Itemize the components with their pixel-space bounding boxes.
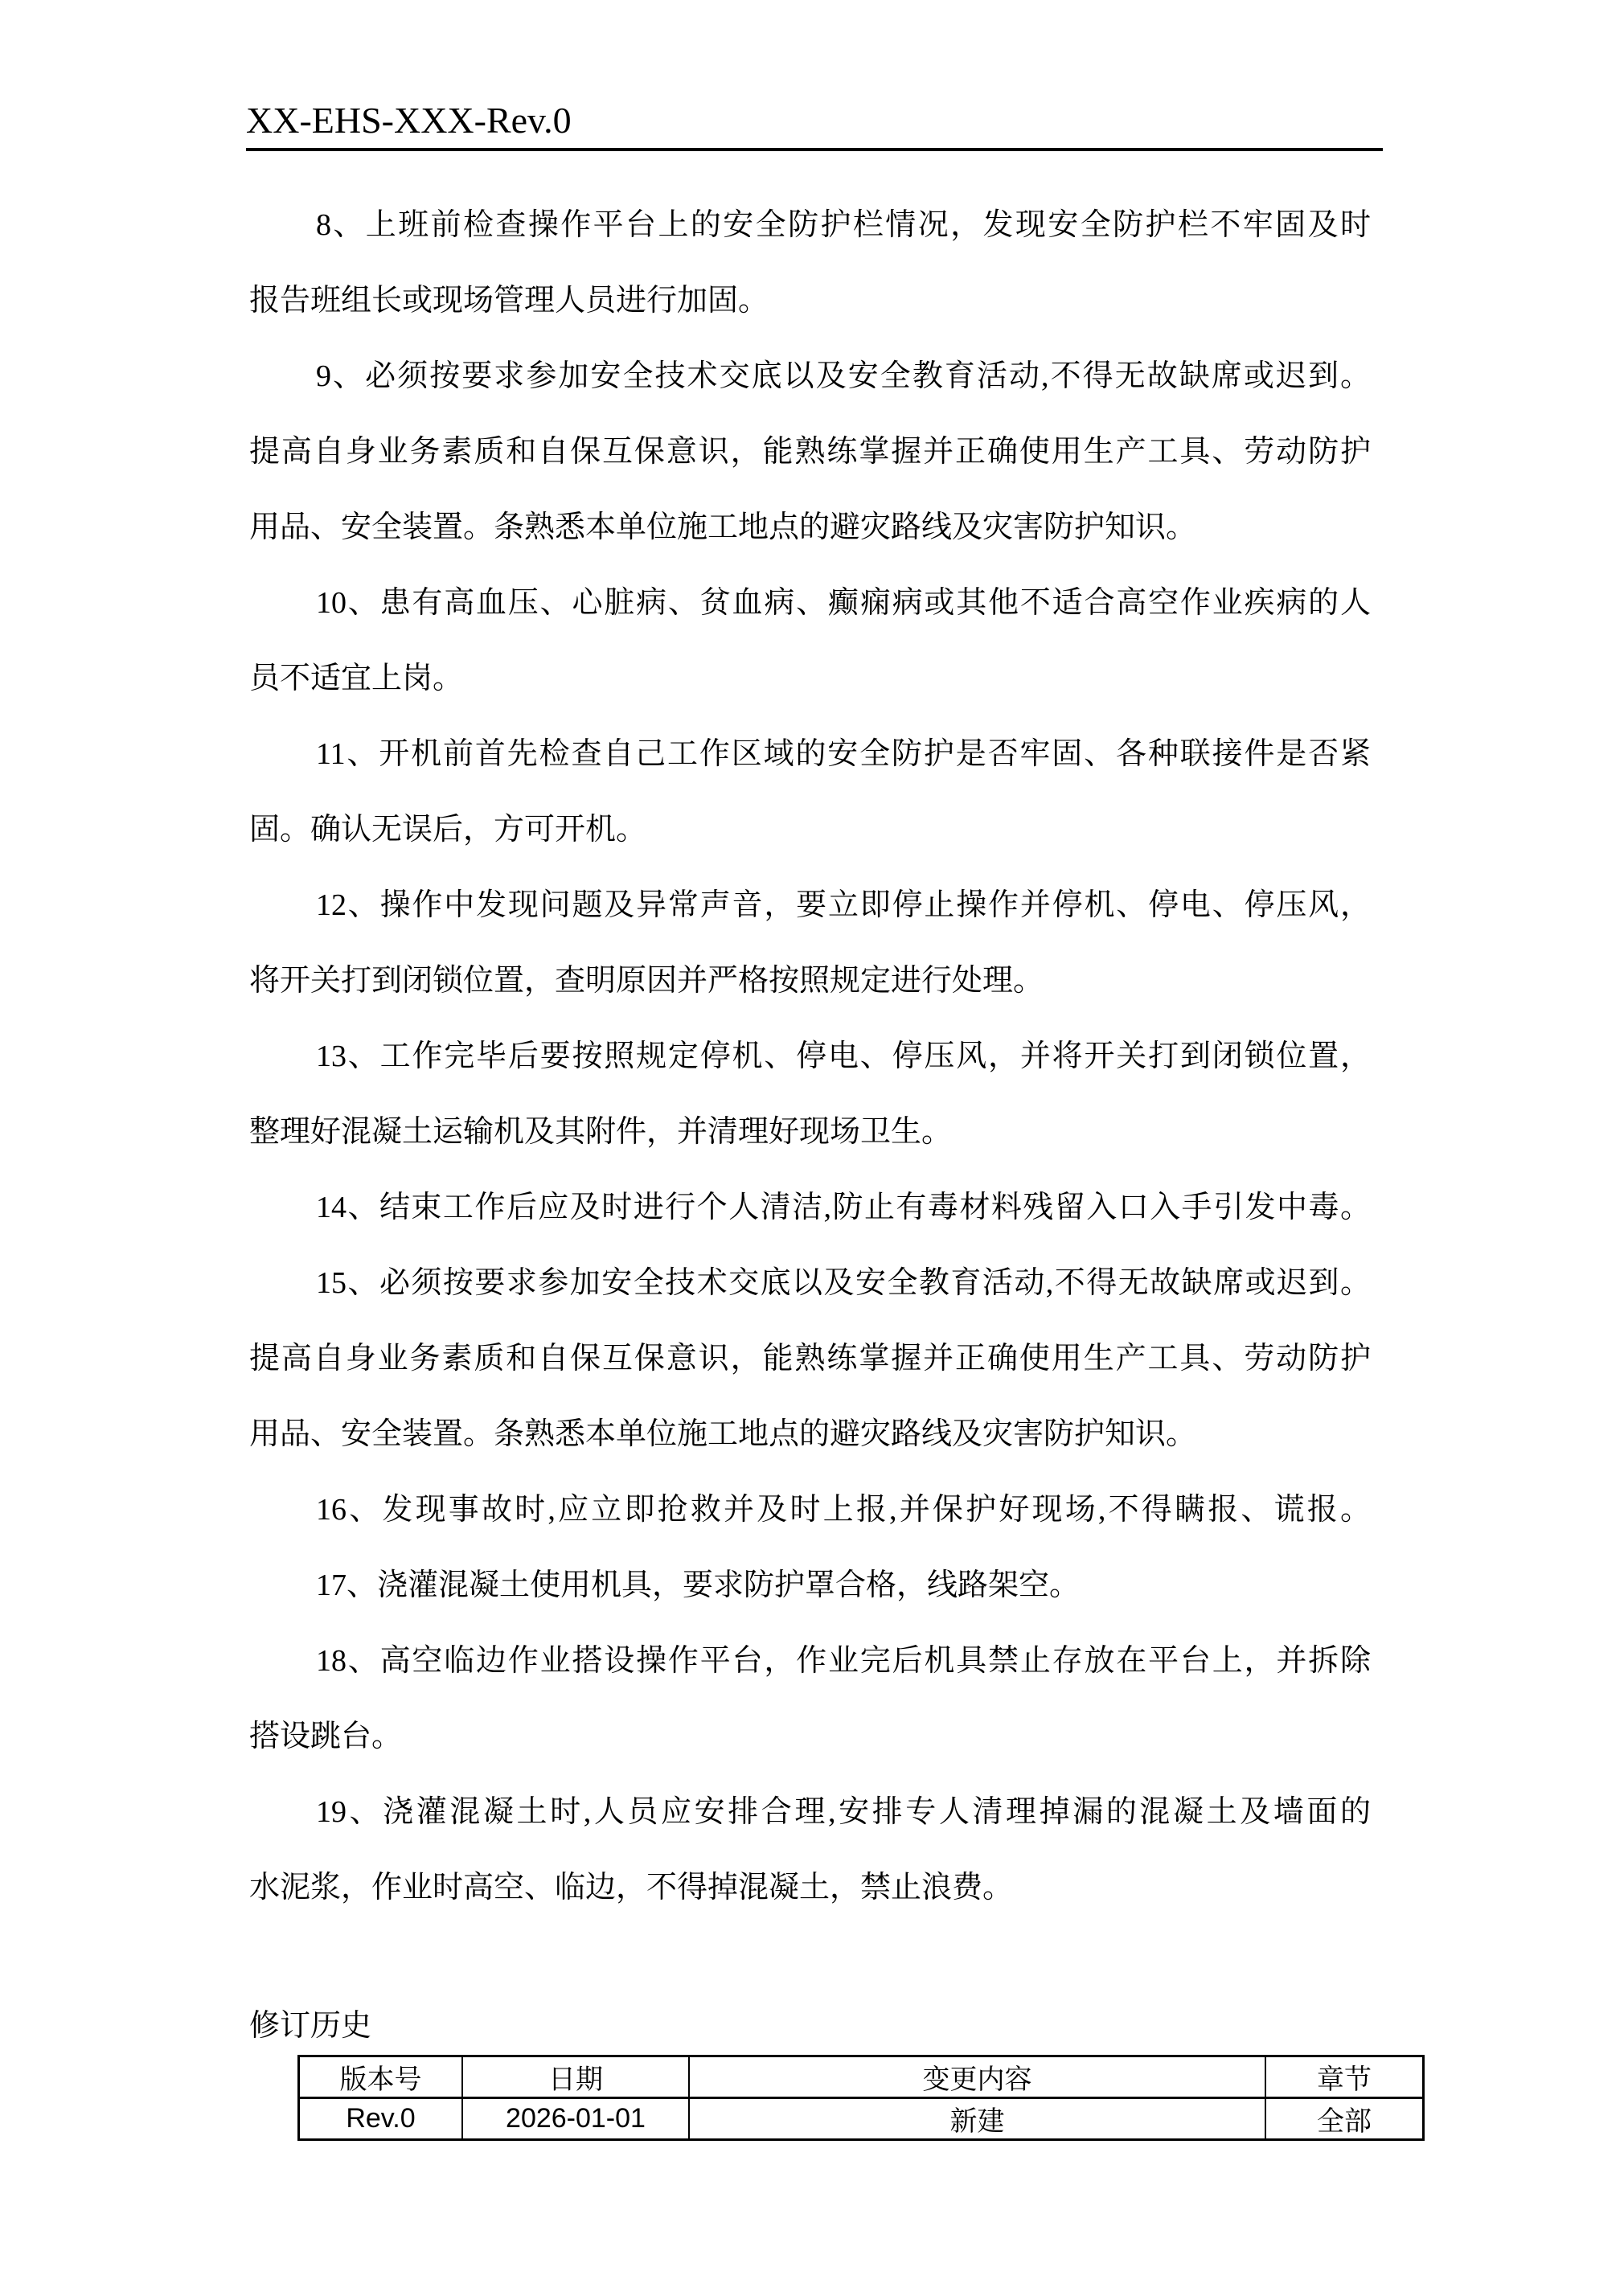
body-line: 整理好混凝土运输机及其附件，并清理好现场卫生。 [249, 1094, 1371, 1170]
body-line: 10、患有高血压、心脏病、贫血病、癫痫病或其他不适合高空作业疾病的人 [249, 565, 1371, 641]
header-cell-change: 变更内容 [689, 2056, 1265, 2098]
body-line: 17、浇灌混凝土使用机具，要求防护罩合格，线路架空。 [249, 1548, 1371, 1623]
body-line: 用品、安全装置。条熟悉本单位施工地点的避灾路线及灾害防护知识。 [249, 490, 1371, 565]
body-line: 将开关打到闭锁位置，查明原因并严格按照规定进行处理。 [249, 943, 1371, 1019]
body-line: 用品、安全装置。条熟悉本单位施工地点的避灾路线及灾害防护知识。 [249, 1396, 1371, 1472]
revision-table-header-row: 版本号 日期 变更内容 章节 [299, 2056, 1424, 2098]
body-line: 14、结束工作后应及时进行个人清洁,防止有毒材料残留入口入手引发中毒。 [249, 1170, 1371, 1245]
body-line: 9、必须按要求参加安全技术交底以及安全教育活动,不得无故缺席或迟到。 [249, 338, 1371, 414]
body-line: 15、必须按要求参加安全技术交底以及安全教育活动,不得无故缺席或迟到。 [249, 1245, 1371, 1321]
body-line: 11、开机前首先检查自己工作区域的安全防护是否牢固、各种联接件是否紧 [249, 716, 1371, 792]
body-line: 12、操作中发现问题及异常声音，要立即停止操作并停机、停电、停压风， [249, 867, 1371, 943]
body-line: 提高自身业务素质和自保互保意识，能熟练掌握并正确使用生产工具、劳动防护 [249, 1321, 1371, 1396]
body-line: 固。确认无误后，方可开机。 [249, 792, 1371, 867]
body-line: 19、浇灌混凝土时,人员应安排合理,安排专人清理掉漏的混凝土及墙面的 [249, 1774, 1371, 1850]
document-code: XX-EHS-XXX-Rev.0 [246, 100, 572, 141]
revision-history-table: 版本号 日期 变更内容 章节 Rev.0 2026-01-01 新建 全部 [297, 2055, 1425, 2141]
document-page: { "header": { "code": "XX-EHS-XXX-Rev.0"… [0, 0, 1624, 2296]
body-line: 员不适宜上岗。 [249, 641, 1371, 716]
cell-chapter: 全部 [1265, 2098, 1424, 2140]
document-code-header: XX-EHS-XXX-Rev.0 [246, 98, 1383, 151]
body-line: 搭设跳台。 [249, 1699, 1371, 1774]
cell-date: 2026-01-01 [462, 2098, 689, 2140]
cell-version: Rev.0 [299, 2098, 463, 2140]
header-cell-version: 版本号 [299, 2056, 463, 2098]
body-line: 水泥浆，作业时高空、临边，不得掉混凝土，禁止浪费。 [249, 1850, 1371, 1925]
header-cell-date: 日期 [462, 2056, 689, 2098]
revision-history-title: 修订历史 [249, 2008, 371, 2044]
body-line: 提高自身业务素质和自保互保意识，能熟练掌握并正确使用生产工具、劳动防护 [249, 414, 1371, 490]
revision-table-data-row: Rev.0 2026-01-01 新建 全部 [299, 2098, 1424, 2140]
body-line: 报告班组长或现场管理人员进行加固。 [249, 263, 1371, 338]
header-cell-chapter: 章节 [1265, 2056, 1424, 2098]
body-line: 18、高空临边作业搭设操作平台，作业完后机具禁止存放在平台上，并拆除 [249, 1623, 1371, 1699]
body-line: 16、发现事故时,应立即抢救并及时上报,并保护好现场,不得瞒报、谎报。 [249, 1472, 1371, 1548]
cell-change: 新建 [689, 2098, 1265, 2140]
body-line: 13、工作完毕后要按照规定停机、停电、停压风，并将开关打到闭锁位置， [249, 1019, 1371, 1094]
body-line: 8、上班前检查操作平台上的安全防护栏情况，发现安全防护栏不牢固及时 [249, 187, 1371, 263]
document-body: 8、上班前检查操作平台上的安全防护栏情况，发现安全防护栏不牢固及时 报告班组长或… [249, 187, 1371, 1925]
